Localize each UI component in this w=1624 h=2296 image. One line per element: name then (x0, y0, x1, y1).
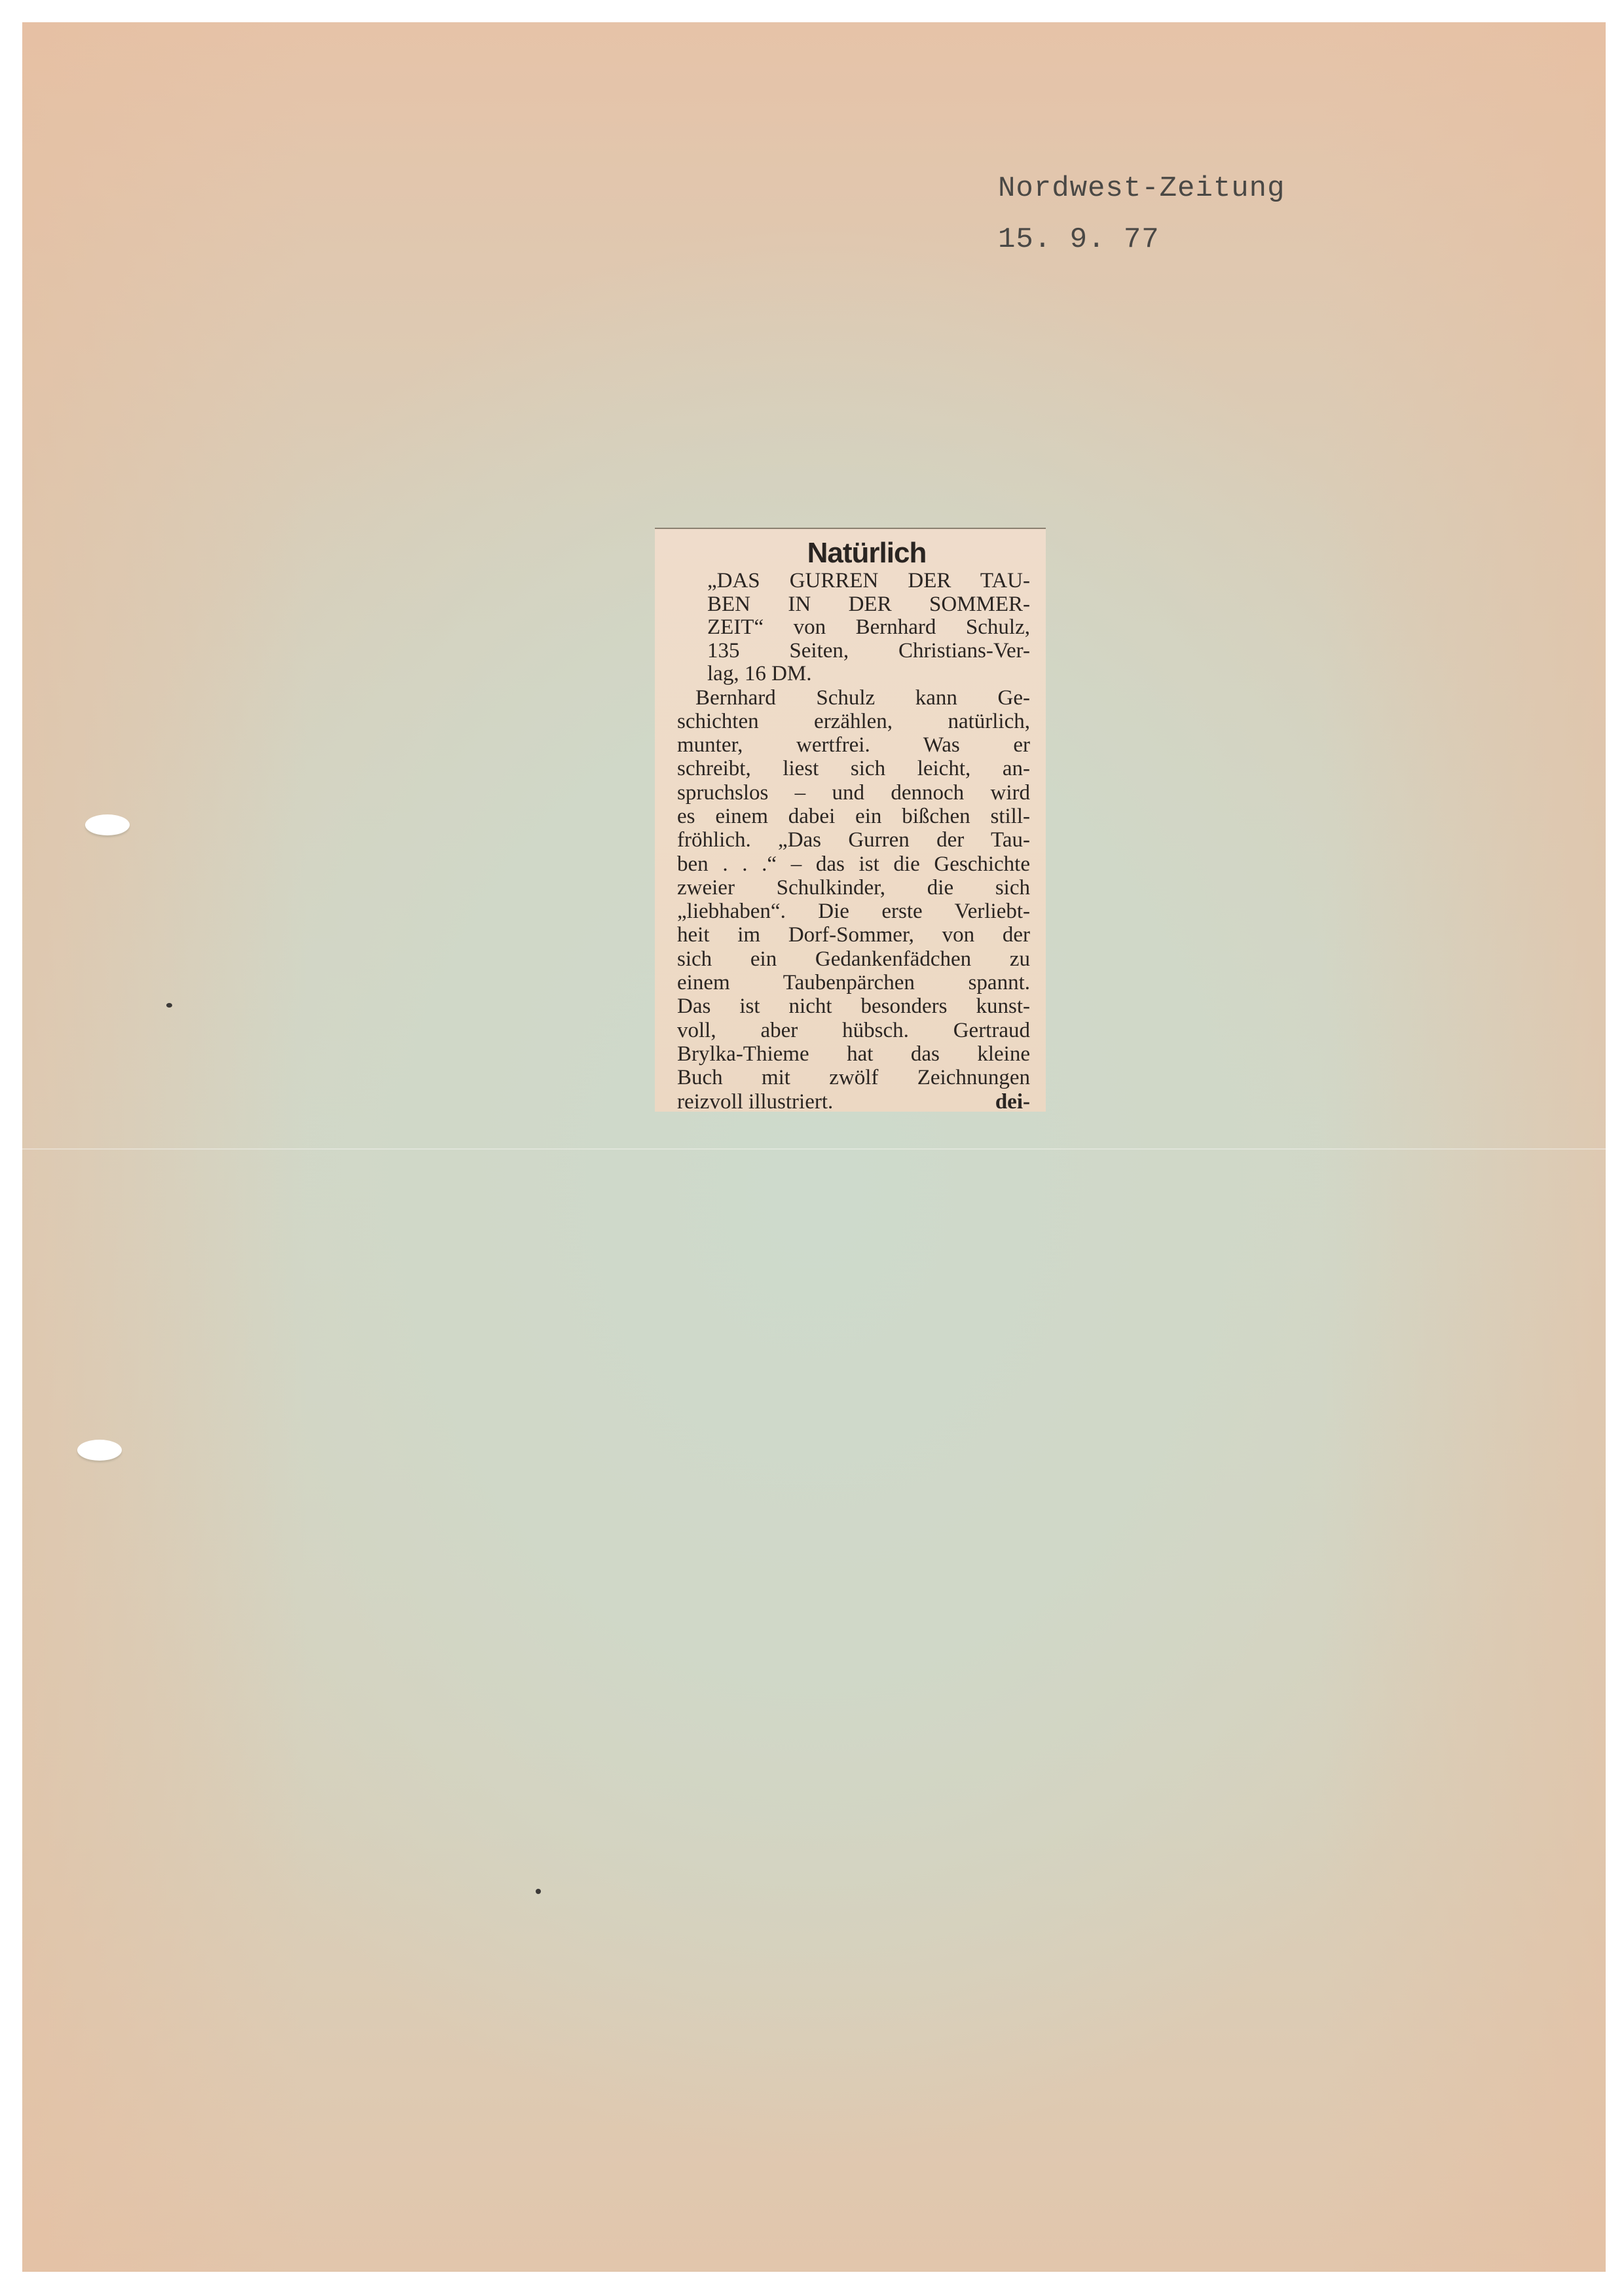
book-info-line: BEN IN DER SOMMER- (707, 593, 1030, 617)
book-info: „DAS GURREN DER TAU-BEN IN DER SOMMER-ZE… (707, 570, 1030, 686)
review-body-line: schichten erzählen, natürlich, (677, 710, 1030, 733)
review-body-line: zweier Schulkinder, die sich (677, 876, 1030, 900)
review-body-line: heit im Dorf-Sommer, von der (677, 923, 1030, 947)
ink-speck (536, 1889, 541, 1894)
source-header: Nordwest-Zeitung 15. 9. 77 (998, 163, 1285, 265)
review-body-line: Das ist nicht besonders kunst- (677, 994, 1030, 1018)
review-body-line: voll, aber hübsch. Gertraud (677, 1019, 1030, 1042)
review-body-line: „liebhaben“. Die erste Verliebt- (677, 900, 1030, 923)
review-body-line: es einem dabei ein bißchen still- (677, 805, 1030, 828)
review-body-line: Bernhard Schulz kann Ge- (677, 686, 1030, 710)
newspaper-clipping: Natürlich „DAS GURREN DER TAU-BEN IN DER… (655, 528, 1046, 1112)
review-body-line: Brylka-Thieme hat das kleine (677, 1042, 1030, 1066)
review-body-line: spruchslos – und dennoch wird (677, 781, 1030, 805)
review-body-line: fröhlich. „Das Gurren der Tau- (677, 828, 1030, 852)
book-info-line: lag, 16 DM. (707, 663, 1030, 686)
punch-hole-bottom (77, 1440, 122, 1461)
clipping-headline: Natürlich (677, 537, 1030, 570)
archive-sheet: Nordwest-Zeitung 15. 9. 77 (22, 22, 1606, 2272)
publication-date: 15. 9. 77 (998, 214, 1285, 265)
review-body-line: sich ein Gedankenfädchen zu (677, 947, 1030, 971)
punch-hole-top (85, 814, 130, 835)
review-body-line: ben . . .“ – das ist die Geschichte (677, 852, 1030, 876)
review-body-line: reizvoll illustriert.dei- (677, 1090, 1030, 1114)
book-info-line: 135 Seiten, Christians-Ver- (707, 640, 1030, 663)
review-body-line: einem Taubenpärchen spannt. (677, 971, 1030, 994)
book-info-line: „DAS GURREN DER TAU- (707, 570, 1030, 593)
review-body: Bernhard Schulz kann Ge-schichten erzähl… (677, 686, 1030, 1114)
book-info-line: ZEIT“ von Bernhard Schulz, (707, 616, 1030, 640)
review-body-line: munter, wertfrei. Was er (677, 733, 1030, 757)
review-body-line: schreibt, liest sich leicht, an- (677, 757, 1030, 780)
newspaper-name: Nordwest-Zeitung (998, 163, 1285, 214)
author-signature: dei- (995, 1090, 1030, 1114)
paper-fold-line (22, 1148, 1606, 1150)
review-body-line: Buch mit zwölf Zeichnungen (677, 1066, 1030, 1089)
ink-speck (166, 1003, 172, 1008)
